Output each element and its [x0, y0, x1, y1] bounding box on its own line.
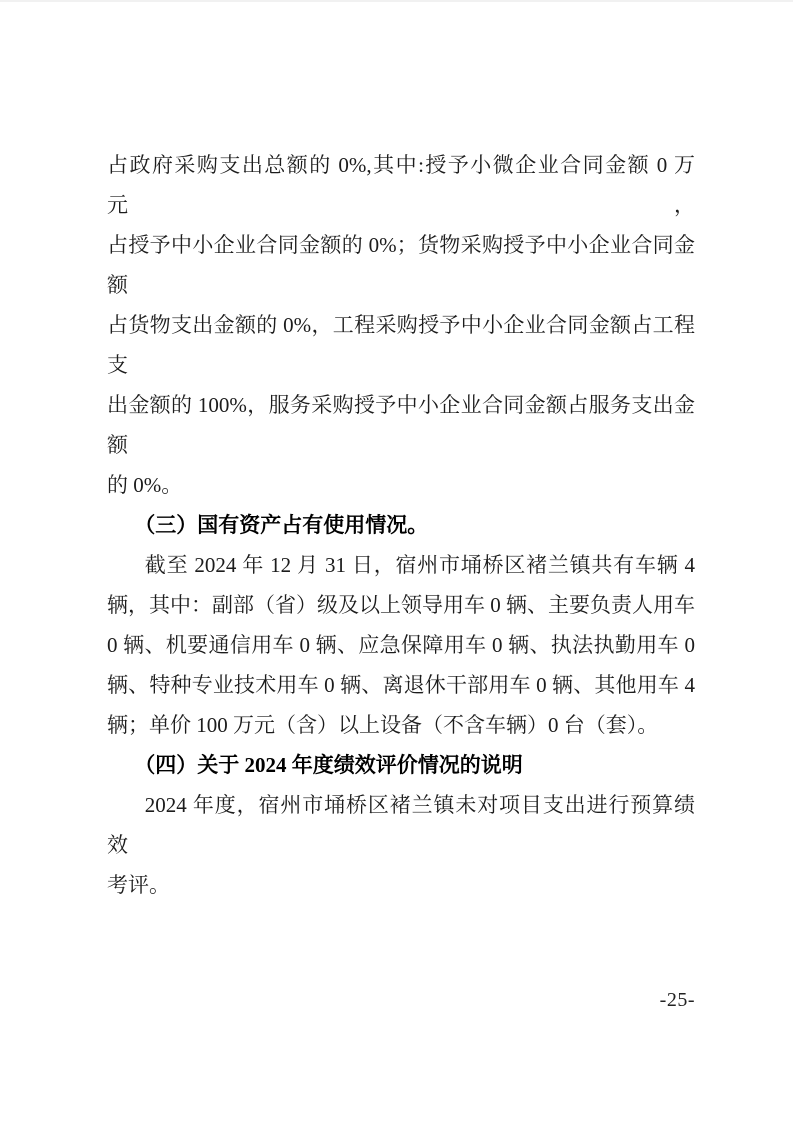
- paragraph-line: 考评。: [107, 865, 695, 905]
- paragraph-line: 辆，其中：副部（省）级及以上领导用车 0 辆、主要负责人用车: [107, 585, 695, 625]
- section-heading-3: （三）国有资产占有使用情况。: [107, 505, 695, 545]
- paragraph-line: 2024 年度，宿州市埇桥区褚兰镇未对项目支出进行预算绩效: [107, 785, 695, 865]
- paragraph-line: 出金额的 100%，服务采购授予中小企业合同金额占服务支出金额: [107, 385, 695, 465]
- document-body: 占政府采购支出总额的 0%,其中:授予小微企业合同金额 0 万元， 占授予中小企…: [107, 145, 695, 905]
- section-heading-4: （四）关于 2024 年度绩效评价情况的说明: [107, 745, 695, 785]
- document-page: 占政府采购支出总额的 0%,其中:授予小微企业合同金额 0 万元， 占授予中小企…: [0, 0, 793, 1122]
- paragraph-line: 截至 2024 年 12 月 31 日，宿州市埇桥区褚兰镇共有车辆 4: [107, 545, 695, 585]
- paragraph-line: 占政府采购支出总额的 0%,其中:授予小微企业合同金额 0 万元，: [107, 145, 695, 225]
- paragraph-line: 的 0%。: [107, 465, 695, 505]
- page-number: -25-: [0, 988, 695, 1012]
- paragraph-line: 0 辆、机要通信用车 0 辆、应急保障用车 0 辆、执法执勤用车 0: [107, 625, 695, 665]
- paragraph-line: 辆、特种专业技术用车 0 辆、离退休干部用车 0 辆、其他用车 4: [107, 665, 695, 705]
- paragraph-line: 占货物支出金额的 0%，工程采购授予中小企业合同金额占工程支: [107, 305, 695, 385]
- paragraph-line: 占授予中小企业合同金额的 0%；货物采购授予中小企业合同金额: [107, 225, 695, 305]
- paragraph-line: 辆；单价 100 万元（含）以上设备（不含车辆）0 台（套）。: [107, 705, 695, 745]
